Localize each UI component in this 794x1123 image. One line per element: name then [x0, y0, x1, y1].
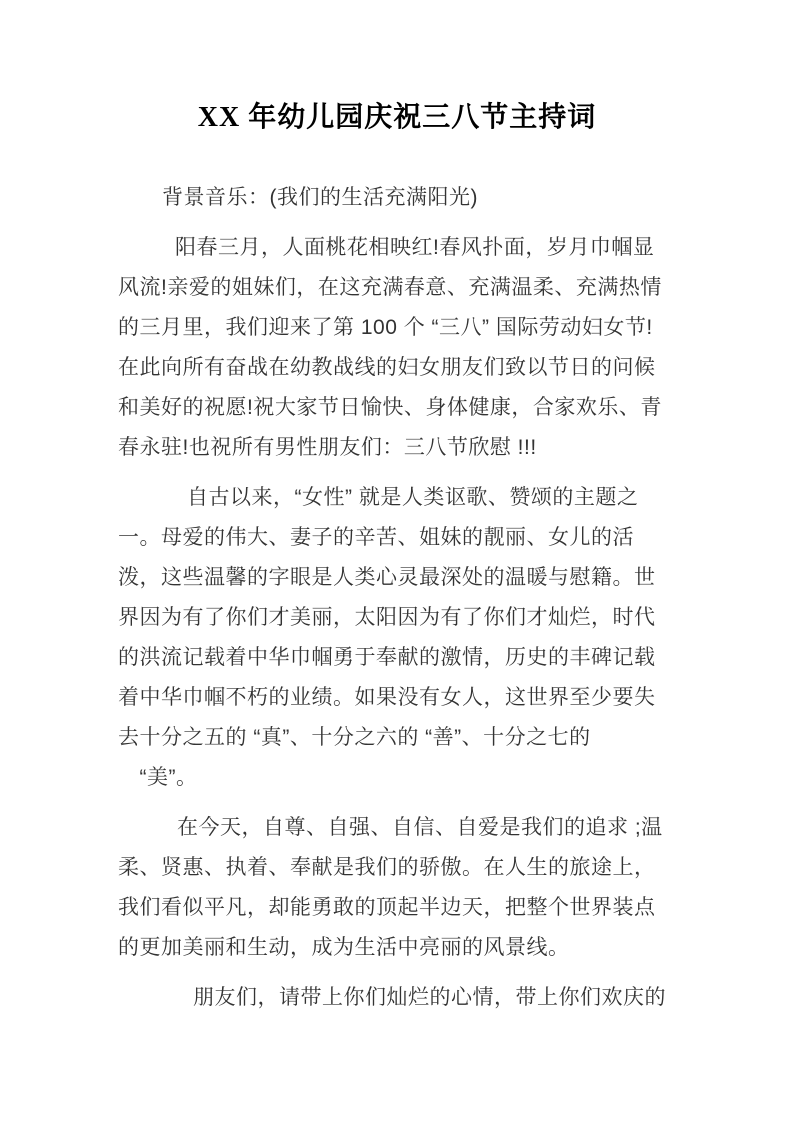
document-title: XX 年幼儿园庆祝三八节主持词 [118, 100, 676, 136]
paragraph-background-music: 背景音乐：(我们的生活充满阳光) [118, 178, 676, 218]
paragraph-greeting: 阳春三月，人面桃花相映红!春风扑面，岁月巾帼显 风流!亲爱的姐妹们，在这充满春意… [118, 228, 676, 468]
paragraph-closing-line: 朋友们，请带上你们灿烂的心情，带上你们欢庆的 [118, 978, 676, 1018]
document-page: XX 年幼儿园庆祝三八节主持词 背景音乐：(我们的生活充满阳光) 阳春三月，人面… [0, 0, 794, 1123]
paragraph-today-pride: 在今天，自尊、自强、自信、自爱是我们的追求 ;温 柔、贤惠、执着、奉献是我们的骄… [118, 808, 676, 968]
paragraph-praise-of-women: 自古以来，“女性” 就是人类讴歌、赞颂的主题之 一。母爱的伟大、妻子的辛苦、姐妹… [118, 478, 676, 798]
